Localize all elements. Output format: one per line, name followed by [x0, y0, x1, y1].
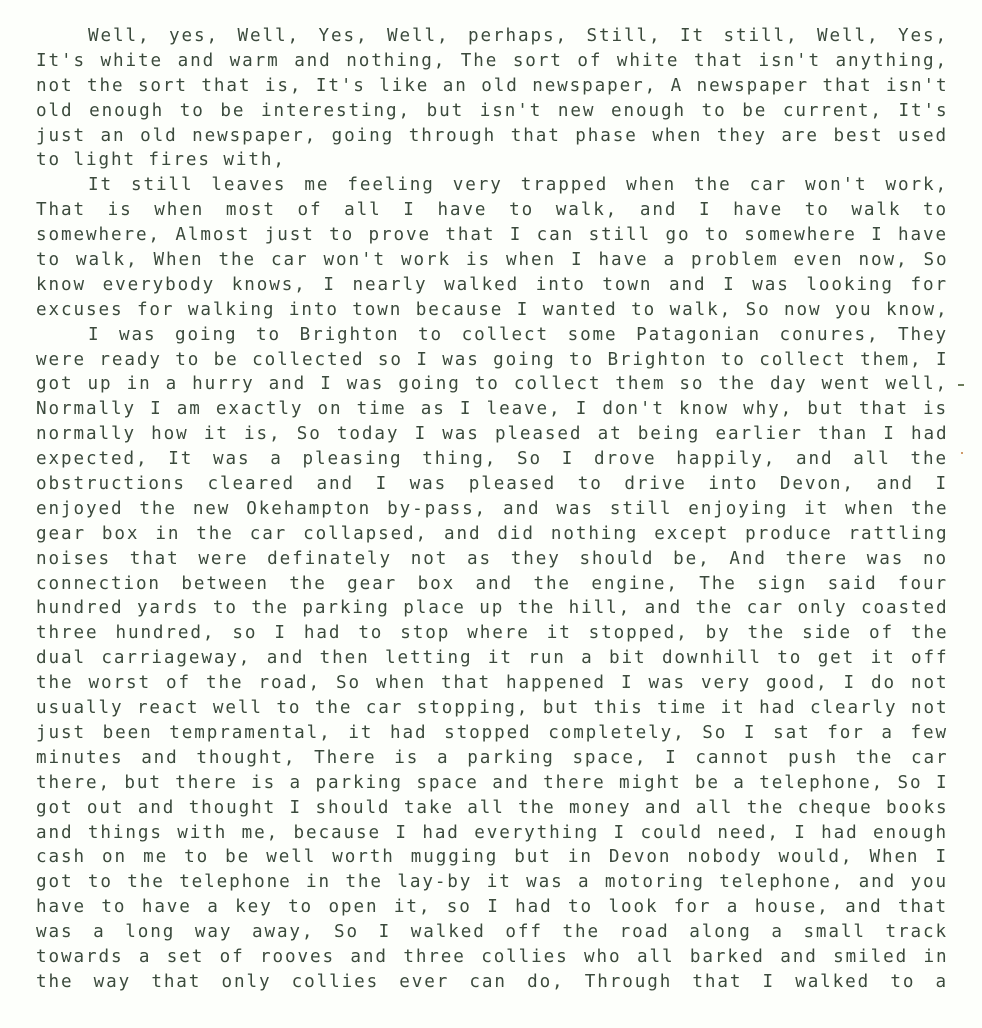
- margin-dash-mark: [958, 384, 964, 386]
- text-line: expected, It was a pleasing thing, So I …: [36, 447, 948, 472]
- text-line: the worst of the road, So when that happ…: [36, 671, 948, 696]
- text-line: That is when most of all I have to walk,…: [36, 198, 948, 223]
- text-line: have to have a key to open it, so I had …: [36, 895, 948, 920]
- text-line: know everybody knows, I nearly walked in…: [36, 273, 948, 298]
- paragraph-first-line: I was going to Brighton to collect some …: [36, 323, 948, 348]
- text-line: somewhere, Almost just to prove that I c…: [36, 223, 948, 248]
- text-line: three hundred, so I had to stop where it…: [36, 621, 948, 646]
- text-line: the way that only collies ever can do, T…: [36, 970, 948, 995]
- text-line: obstructions cleared and I was pleased t…: [36, 472, 948, 497]
- text-line: got up in a hurry and I was going to col…: [36, 372, 948, 397]
- text-line: noises that were definately not as they …: [36, 547, 948, 572]
- text-line: got to the telephone in the lay-by it wa…: [36, 870, 948, 895]
- text-line: were ready to be collected so I was goin…: [36, 348, 948, 373]
- text-line: dual carriageway, and then letting it ru…: [36, 646, 948, 671]
- text-line: cash on me to be well worth mugging but …: [36, 845, 948, 870]
- text-line: was a long way away, So I walked off the…: [36, 920, 948, 945]
- text-line: old enough to be interesting, but isn't …: [36, 99, 948, 124]
- text-line: to light fires with,: [36, 148, 948, 173]
- text-line: got out and thought I should take all th…: [36, 796, 948, 821]
- text-line: enjoyed the new Okehampton by-pass, and …: [36, 497, 948, 522]
- text-line: just an old newspaper, going through tha…: [36, 124, 948, 149]
- text-line: not the sort that is, It's like an old n…: [36, 74, 948, 99]
- text-line: connection between the gear box and the …: [36, 572, 948, 597]
- paragraph-first-line: It still leaves me feeling very trapped …: [36, 173, 948, 198]
- text-line: normally how it is, So today I was pleas…: [36, 422, 948, 447]
- text-line: It's white and warm and nothing, The sor…: [36, 49, 948, 74]
- text-line: Normally I am exactly on time as I leave…: [36, 397, 948, 422]
- typed-document: Well, yes, Well, Yes, Well, perhaps, Sti…: [36, 24, 948, 995]
- text-line: to walk, When the car won't work is when…: [36, 248, 948, 273]
- text-line: there, but there is a parking space and …: [36, 771, 948, 796]
- text-line: hundred yards to the parking place up th…: [36, 596, 948, 621]
- text-line: towards a set of rooves and three collie…: [36, 945, 948, 970]
- margin-ink-dot: [961, 452, 963, 454]
- paragraph-first-line: Well, yes, Well, Yes, Well, perhaps, Sti…: [36, 24, 948, 49]
- text-line: gear box in the car collapsed, and did n…: [36, 522, 948, 547]
- text-line: and things with me, because I had everyt…: [36, 821, 948, 846]
- text-line: excuses for walking into town because I …: [36, 298, 948, 323]
- text-line: usually react well to the car stopping, …: [36, 696, 948, 721]
- text-line: minutes and thought, There is a parking …: [36, 746, 948, 771]
- text-line: just been tempramental, it had stopped c…: [36, 721, 948, 746]
